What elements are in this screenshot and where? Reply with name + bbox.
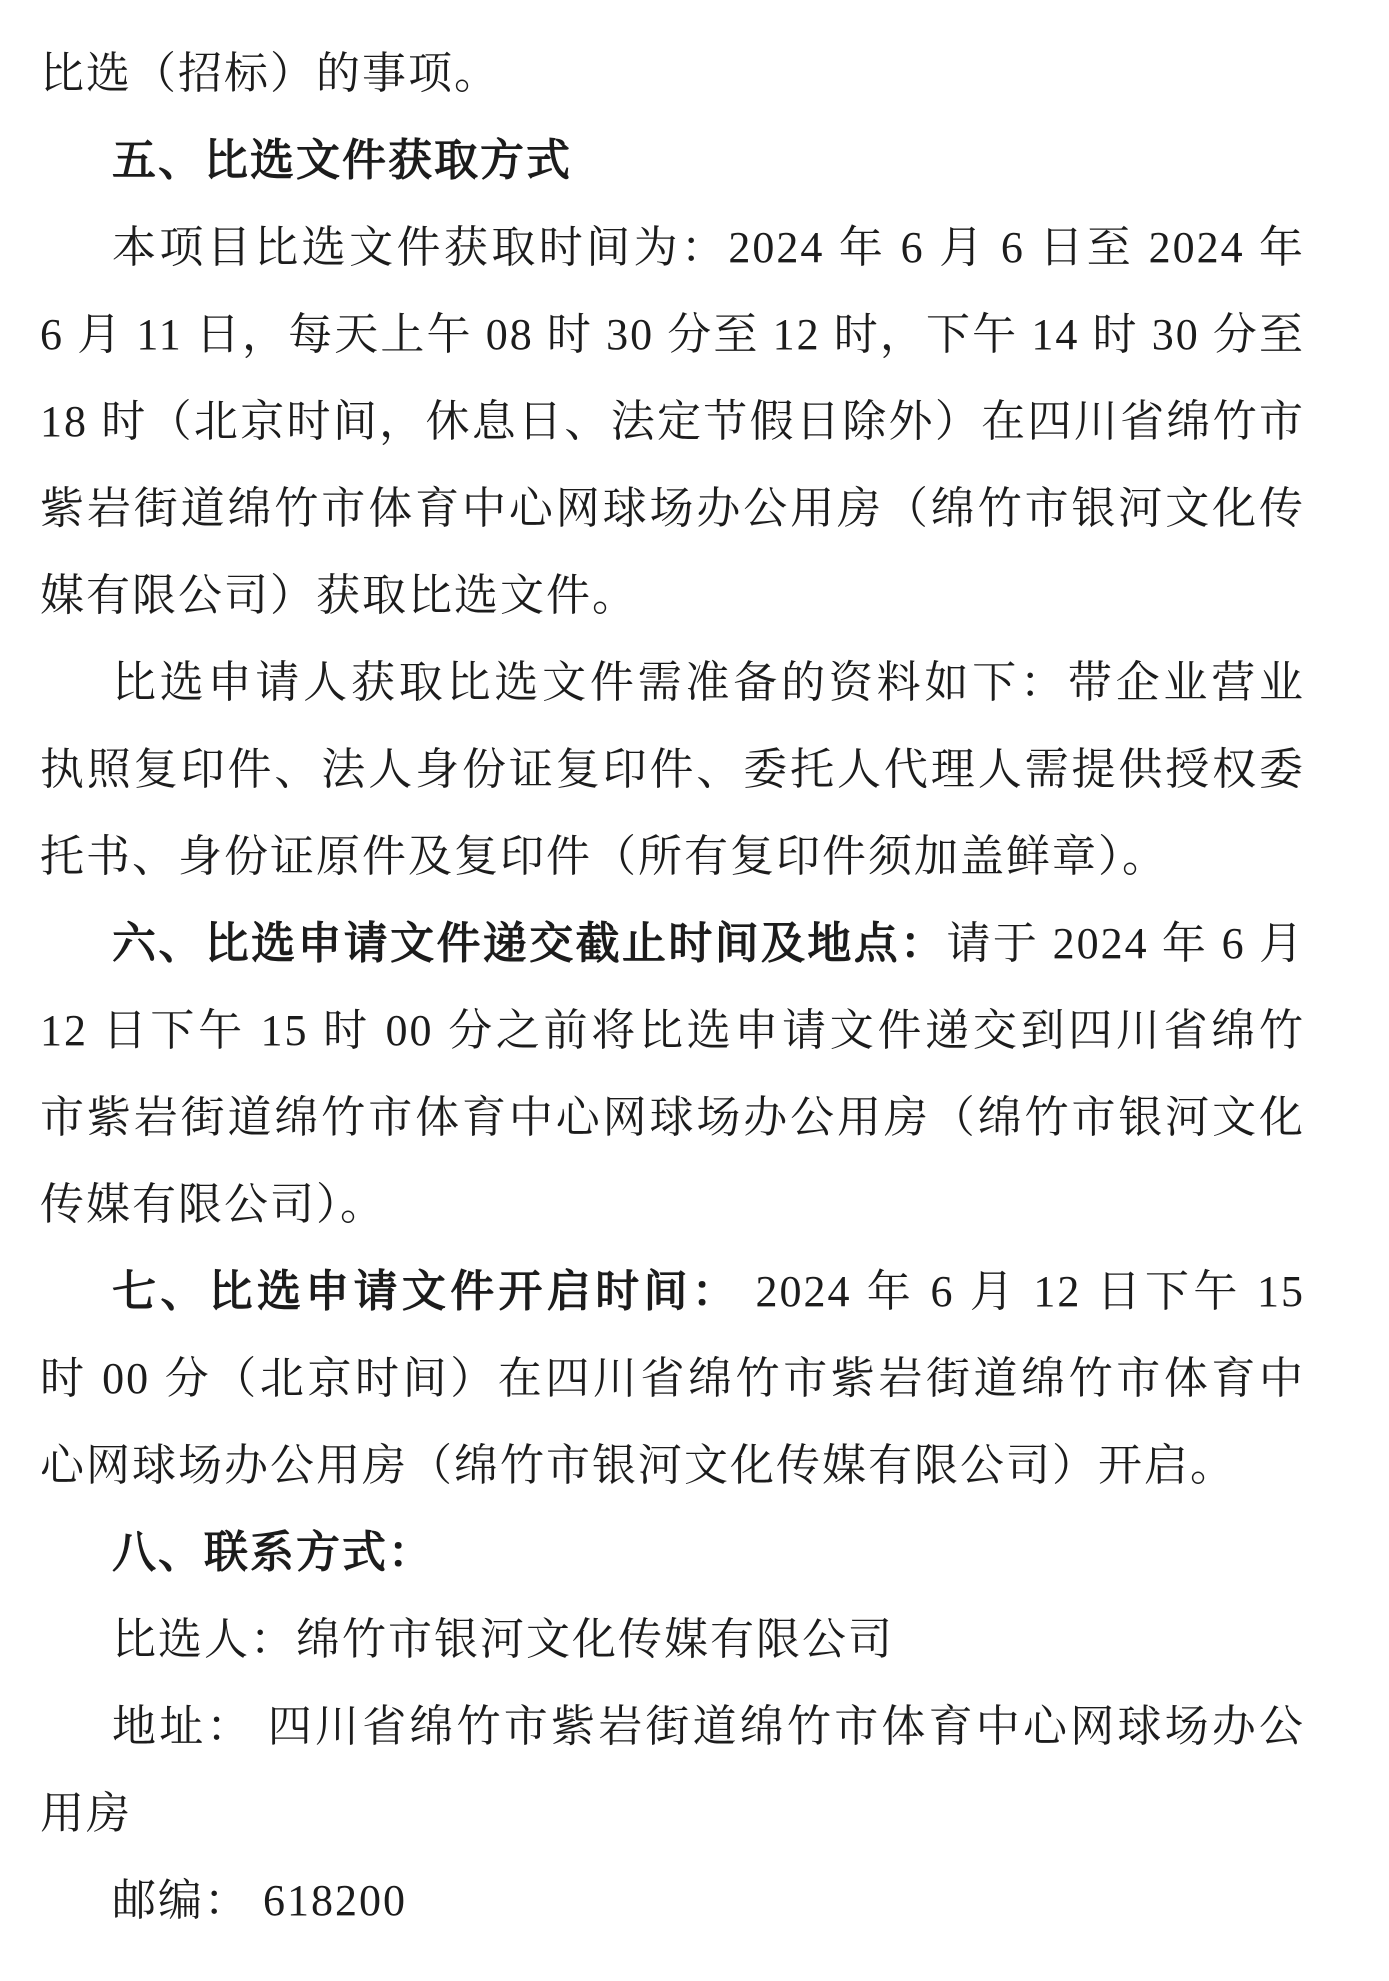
section-5-heading: 五、比选文件获取方式 <box>40 117 1305 204</box>
contact-address-text: 地址： 四川省绵竹市紫岩街道绵竹市体育中心网球场办公用房 <box>40 1702 1305 1838</box>
section-5-heading-text: 五、比选文件获取方式 <box>112 136 572 185</box>
section-8-heading: 八、联系方式： <box>40 1509 1305 1596</box>
section-6-heading-text: 六、比选申请文件递交截止时间及地点： <box>112 919 946 968</box>
contact-address-line: 地址： 四川省绵竹市紫岩街道绵竹市体育中心网球场办公用房 <box>40 1683 1305 1857</box>
paragraph-carryover-text: 比选（招标）的事项。 <box>40 49 500 98</box>
paragraph-carryover: 比选（招标）的事项。 <box>40 30 1305 117</box>
contact-postcode-line: 邮编： 618200 <box>40 1857 1305 1944</box>
section-7-heading-text: 七、比选申请文件开启时间： <box>112 1267 740 1316</box>
contact-bixuanren-text: 比选人：绵竹市银河文化传媒有限公司 <box>112 1615 894 1664</box>
document-page: 比选（招标）的事项。 五、比选文件获取方式 本项目比选文件获取时间为：2024 … <box>0 0 1389 1981</box>
section-5-paragraph-1: 本项目比选文件获取时间为：2024 年 6 月 6 日至 2024 年 6 月 … <box>40 204 1305 639</box>
contact-postcode-text: 邮编： 618200 <box>112 1876 407 1925</box>
section-5-paragraph-2: 比选申请人获取比选文件需准备的资料如下：带企业营业执照复印件、法人身份证复印件、… <box>40 639 1305 900</box>
section-5-paragraph-2-text: 比选申请人获取比选文件需准备的资料如下：带企业营业执照复印件、法人身份证复印件、… <box>40 658 1305 881</box>
section-5-paragraph-1-text: 本项目比选文件获取时间为：2024 年 6 月 6 日至 2024 年 6 月 … <box>40 223 1305 620</box>
section-7-paragraph: 七、比选申请文件开启时间： 2024 年 6 月 12 日下午 15 时 00 … <box>40 1248 1305 1509</box>
section-6-paragraph: 六、比选申请文件递交截止时间及地点：请于 2024 年 6 月 12 日下午 1… <box>40 900 1305 1248</box>
contact-bixuanren-line: 比选人：绵竹市银河文化传媒有限公司 <box>40 1596 1305 1683</box>
section-8-heading-text: 八、联系方式： <box>112 1528 434 1577</box>
